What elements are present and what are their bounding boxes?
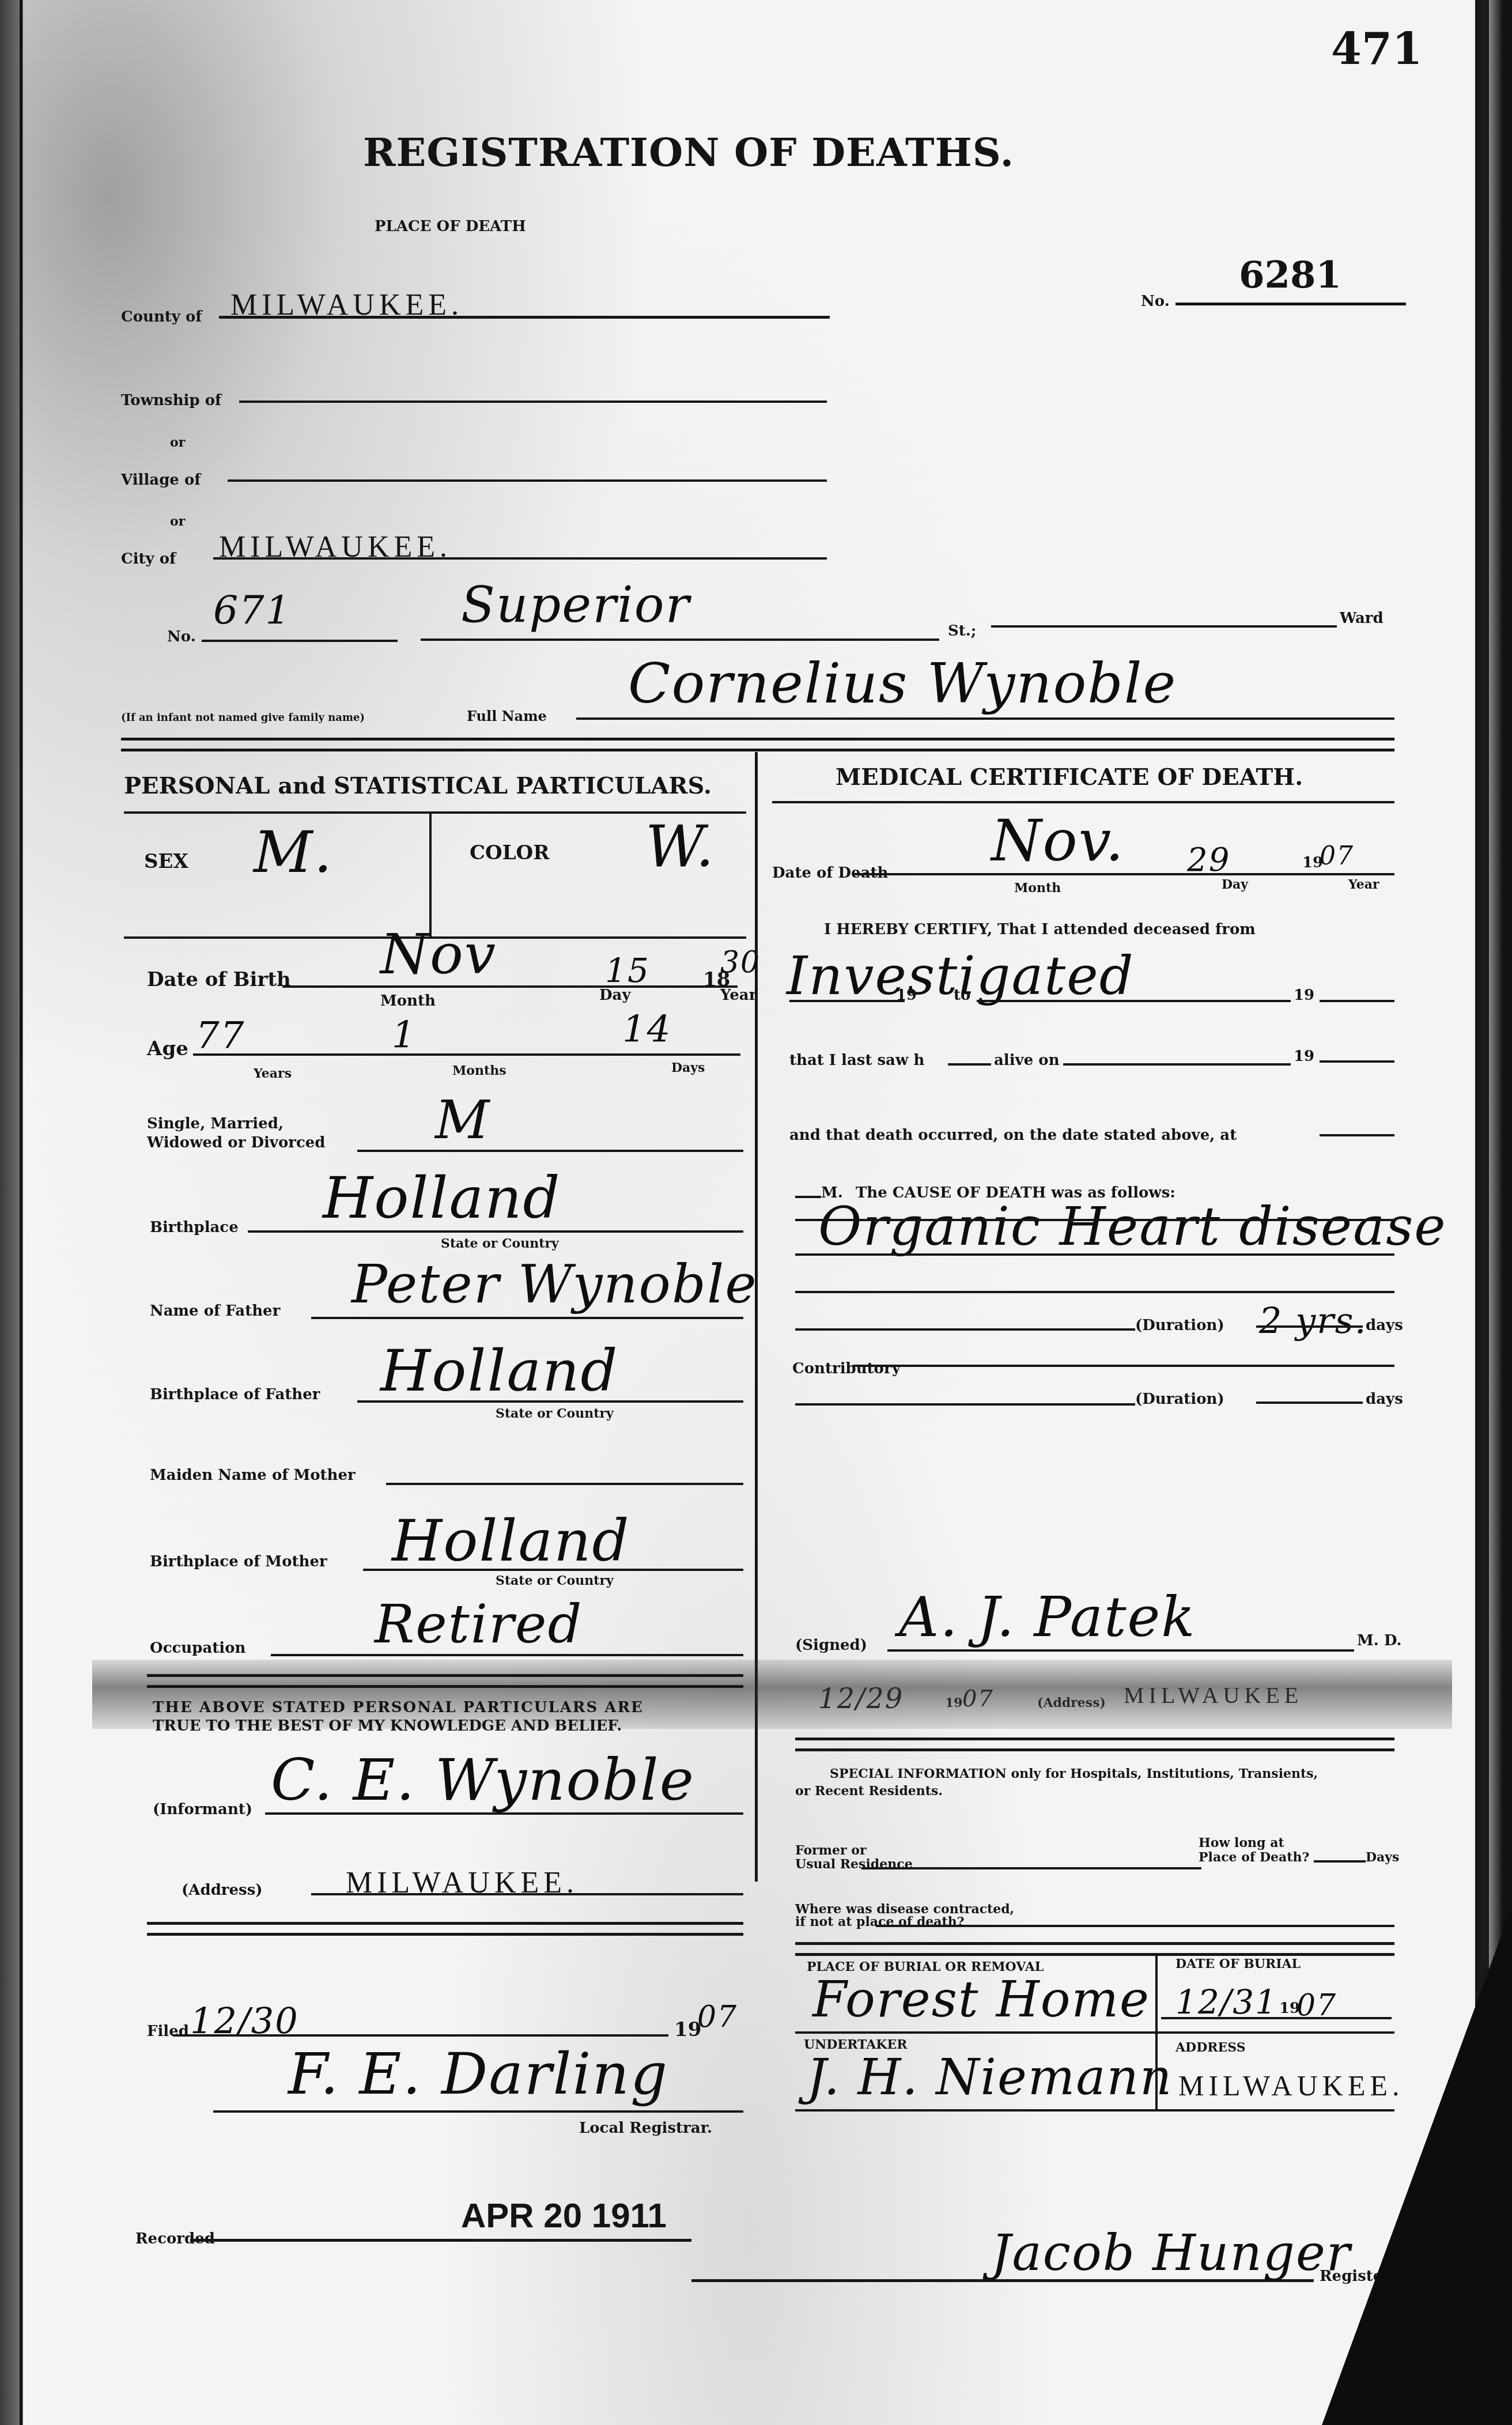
father-name-value: Peter Wynoble bbox=[351, 1253, 758, 1315]
physician-signature: A. J. Patek bbox=[899, 1585, 1196, 1649]
age-years-caption: Years bbox=[254, 1066, 292, 1081]
occupation-underline bbox=[271, 1654, 743, 1656]
age-years: 77 bbox=[196, 1014, 245, 1057]
or-2: or bbox=[170, 514, 185, 529]
dob-year-caption: Year bbox=[720, 987, 757, 1004]
duration-underline bbox=[1256, 1325, 1363, 1328]
county-label: County of bbox=[121, 308, 202, 326]
father-birthplace-value: Holland bbox=[380, 1337, 618, 1404]
filed-label: Filed bbox=[147, 2023, 189, 2040]
year-19-c-underline bbox=[1320, 1060, 1394, 1063]
certify-text: I HEREBY CERTIFY, That I attended deceas… bbox=[824, 921, 1256, 938]
section-divider bbox=[121, 738, 1394, 751]
street-no-label: No. bbox=[167, 628, 196, 645]
dob-year: 30 bbox=[720, 945, 761, 980]
mother-birthplace-value: Holland bbox=[392, 1507, 630, 1574]
burial-place-value: Forest Home bbox=[812, 1971, 1150, 2029]
county-underline bbox=[219, 316, 830, 319]
burial-address-label: ADDRESS bbox=[1175, 2040, 1246, 2055]
burial-date-label: DATE OF BURIAL bbox=[1175, 1956, 1301, 1971]
burial-bottom-rule bbox=[795, 2109, 1394, 2112]
recorded-underline bbox=[190, 2239, 691, 2242]
special-section-rule bbox=[795, 1942, 1394, 1956]
full-name-underline bbox=[576, 717, 1394, 720]
age-months: 1 bbox=[392, 1014, 417, 1057]
death-record-page: 471 REGISTRATION OF DEATHS. PLACE OF DEA… bbox=[23, 0, 1475, 2425]
former-residence-underline bbox=[861, 1867, 1201, 1869]
ward-underline bbox=[991, 625, 1337, 628]
duration-2-blank bbox=[795, 1403, 1135, 1406]
page-number: 471 bbox=[1331, 23, 1423, 74]
former-residence-label-1: Former or bbox=[795, 1843, 866, 1858]
alive-on-label: alive on bbox=[994, 1052, 1060, 1069]
signed-date: 12/29 bbox=[818, 1683, 904, 1715]
place-of-death-heading: PLACE OF DEATH bbox=[375, 218, 526, 235]
dod-day-caption: Day bbox=[1222, 877, 1248, 892]
informant-value: C. E. Wynoble bbox=[271, 1746, 695, 1814]
undertaker-value: J. H. Niemann bbox=[807, 2049, 1173, 2106]
cause-underline-1 bbox=[795, 1219, 1394, 1221]
dob-day-caption: Day bbox=[599, 987, 631, 1004]
year-19-b-underline bbox=[1320, 1000, 1394, 1002]
last-saw-underline bbox=[948, 1063, 991, 1066]
how-long-underline bbox=[1314, 1860, 1366, 1863]
informant-section-rule bbox=[147, 1922, 743, 1936]
burial-date-value: 12/31 bbox=[1175, 1982, 1277, 2022]
record-no-label: No. bbox=[1141, 293, 1170, 310]
occupation-value: Retired bbox=[375, 1593, 583, 1655]
attestation-line-1: THE ABOVE STATED PERSONAL PARTICULARS AR… bbox=[153, 1699, 644, 1716]
md-label: M. D. bbox=[1357, 1632, 1402, 1649]
duration-2-label: (Duration) bbox=[1135, 1391, 1224, 1408]
birthplace-underline bbox=[248, 1230, 743, 1233]
father-name-underline bbox=[311, 1317, 743, 1319]
document-title: REGISTRATION OF DEATHS. bbox=[363, 130, 1014, 176]
informant-address-underline bbox=[311, 1893, 743, 1895]
special-heading-2: or Recent Residents. bbox=[795, 1784, 943, 1799]
cause-value: Organic Heart disease bbox=[818, 1196, 1447, 1257]
registrar-label: Local Registrar. bbox=[579, 2120, 712, 2137]
age-days-caption: Days bbox=[671, 1060, 705, 1075]
occupation-section-rule bbox=[147, 1674, 743, 1688]
infant-note: (If an infant not named give family name… bbox=[121, 712, 365, 724]
contracted-label-2: if not at place of death? bbox=[795, 1914, 965, 1929]
age-days: 14 bbox=[622, 1008, 671, 1051]
dod-year-caption: Year bbox=[1348, 877, 1379, 892]
village-label: Village of bbox=[121, 471, 201, 489]
dob-underline bbox=[282, 985, 738, 988]
street-no-underline bbox=[202, 640, 398, 642]
full-name-label: Full Name bbox=[467, 708, 547, 724]
special-heading: SPECIAL INFORMATION only for Hospitals, … bbox=[830, 1766, 1318, 1781]
dob-month-caption: Month bbox=[380, 992, 436, 1010]
mother-maiden-label: Maiden Name of Mother bbox=[150, 1467, 356, 1484]
mother-birthplace-label: Birthplace of Mother bbox=[150, 1553, 327, 1570]
signed-label: (Signed) bbox=[795, 1637, 867, 1654]
city-underline bbox=[213, 557, 827, 560]
former-residence-label-2: Usual Residence bbox=[795, 1857, 913, 1872]
father-birthplace-underline bbox=[357, 1400, 743, 1403]
filed-underline bbox=[173, 2034, 668, 2037]
physician-address-value: MILWAUKEE bbox=[1124, 1682, 1303, 1709]
street-underline bbox=[421, 639, 939, 641]
contracted-underline bbox=[876, 1925, 1394, 1927]
cause-underline-2 bbox=[795, 1253, 1394, 1256]
mother-birthplace-caption: State or Country bbox=[496, 1573, 614, 1588]
last-saw-label: that I last saw h bbox=[789, 1052, 924, 1069]
birthplace-label: Birthplace bbox=[150, 1219, 239, 1236]
marital-label-2: Widowed or Divorced bbox=[147, 1134, 326, 1151]
duration-2-days-label: days bbox=[1366, 1391, 1403, 1408]
or-1: or bbox=[170, 435, 185, 450]
duration-2-underline bbox=[1256, 1402, 1363, 1404]
signed-underline bbox=[887, 1649, 1354, 1652]
township-label: Township of bbox=[121, 392, 221, 409]
age-underline bbox=[193, 1053, 740, 1056]
physician-address-label: (Address) bbox=[1037, 1695, 1106, 1710]
year-19-c: 19 bbox=[1294, 1048, 1314, 1065]
street-label: St.; bbox=[948, 622, 976, 640]
personal-heading: PERSONAL and STATISTICAL PARTICULARS. bbox=[124, 772, 712, 799]
informant-underline bbox=[265, 1812, 743, 1815]
year-19-b: 19 bbox=[1294, 987, 1314, 1004]
informant-address-label: (Address) bbox=[182, 1882, 263, 1899]
sex-color-divider bbox=[429, 813, 432, 936]
age-months-caption: Months bbox=[452, 1063, 506, 1078]
burial-date-underline bbox=[1161, 2017, 1392, 2019]
dob-label: Date of Birth bbox=[147, 968, 291, 991]
full-name-value: Cornelius Wynoble bbox=[628, 651, 1177, 716]
cause-underline-3 bbox=[795, 1291, 1394, 1293]
year-19-a: 19 bbox=[896, 987, 917, 1004]
duration-blank bbox=[795, 1328, 1135, 1331]
signed-year: 07 bbox=[962, 1686, 994, 1712]
burial-address-value: MILWAUKEE. bbox=[1178, 2069, 1404, 2102]
duration-value: 2 yrs. bbox=[1259, 1300, 1367, 1342]
medical-section-rule bbox=[795, 1737, 1394, 1751]
dob-day: 15 bbox=[605, 951, 650, 990]
cause-time-blank bbox=[795, 1196, 821, 1198]
register-signature: Jacob Hunger bbox=[991, 2224, 1351, 2282]
street-no-value: 671 bbox=[213, 588, 292, 633]
how-long-days-label: Days bbox=[1366, 1850, 1400, 1865]
contributory-label: Contributory bbox=[792, 1360, 901, 1377]
marital-value: M bbox=[435, 1089, 490, 1151]
filed-year: 07 bbox=[697, 2000, 738, 2034]
medical-heading: MEDICAL CERTIFICATE OF DEATH. bbox=[836, 764, 1303, 791]
medical-heading-rule bbox=[772, 801, 1394, 803]
township-underline bbox=[239, 401, 827, 403]
binding-edge bbox=[20, 0, 22, 2425]
dod-underline bbox=[853, 873, 1394, 875]
color-label: COLOR bbox=[470, 841, 549, 864]
mother-maiden-underline bbox=[386, 1483, 743, 1485]
color-value: W. bbox=[645, 813, 715, 880]
registrar-underline bbox=[213, 2110, 743, 2113]
attended-from-underline bbox=[789, 1000, 905, 1002]
birthplace-value: Holland bbox=[323, 1164, 561, 1232]
register-underline bbox=[691, 2279, 1314, 2282]
sex-label: SEX bbox=[144, 850, 188, 873]
mother-birthplace-underline bbox=[363, 1569, 743, 1571]
informant-label: (Informant) bbox=[153, 1801, 252, 1818]
dod-year: 07 bbox=[1320, 841, 1354, 871]
dob-month: Nov bbox=[380, 922, 497, 987]
dod-month-caption: Month bbox=[1014, 881, 1061, 896]
marital-label-1: Single, Married, bbox=[147, 1115, 283, 1132]
record-no-underline bbox=[1175, 303, 1406, 305]
father-birthplace-caption: State or Country bbox=[496, 1406, 614, 1421]
how-long-label-1: How long at bbox=[1199, 1835, 1284, 1850]
marital-underline bbox=[357, 1150, 743, 1152]
contributory-underline bbox=[853, 1365, 1394, 1367]
registrar-signature: F. E. Darling bbox=[288, 2040, 668, 2107]
occupation-label: Occupation bbox=[150, 1640, 245, 1657]
occurred-text: and that death occurred, on the date sta… bbox=[789, 1127, 1237, 1144]
father-birthplace-label: Birthplace of Father bbox=[150, 1386, 320, 1403]
burial-row-rule bbox=[795, 2031, 1394, 2034]
how-long-label-2: Place of Death? bbox=[1199, 1850, 1309, 1865]
to-underline bbox=[977, 1000, 1291, 1002]
occurred-underline bbox=[1320, 1134, 1394, 1136]
duration-days-label: days bbox=[1366, 1317, 1403, 1334]
father-name-label: Name of Father bbox=[150, 1302, 280, 1320]
signed-year-prefix: 19 bbox=[945, 1695, 963, 1710]
city-label: City of bbox=[121, 550, 176, 568]
recorded-stamp: APR 20 1911 bbox=[461, 2196, 667, 2235]
village-underline bbox=[228, 479, 827, 482]
to-label: to bbox=[954, 987, 970, 1004]
record-no-value: 6281 bbox=[1239, 254, 1341, 297]
ward-label: Ward bbox=[1340, 610, 1384, 627]
birthplace-caption: State or Country bbox=[441, 1236, 559, 1251]
street-value: Superior bbox=[461, 576, 690, 634]
alive-on-underline bbox=[1063, 1063, 1291, 1066]
sex-value: M. bbox=[254, 818, 333, 886]
dod-month: Nov. bbox=[991, 807, 1125, 874]
duration-label: (Duration) bbox=[1135, 1317, 1224, 1334]
age-label: Age bbox=[147, 1037, 188, 1060]
attestation-line-2: TRUE TO THE BEST OF MY KNOWLEDGE AND BEL… bbox=[153, 1717, 622, 1735]
